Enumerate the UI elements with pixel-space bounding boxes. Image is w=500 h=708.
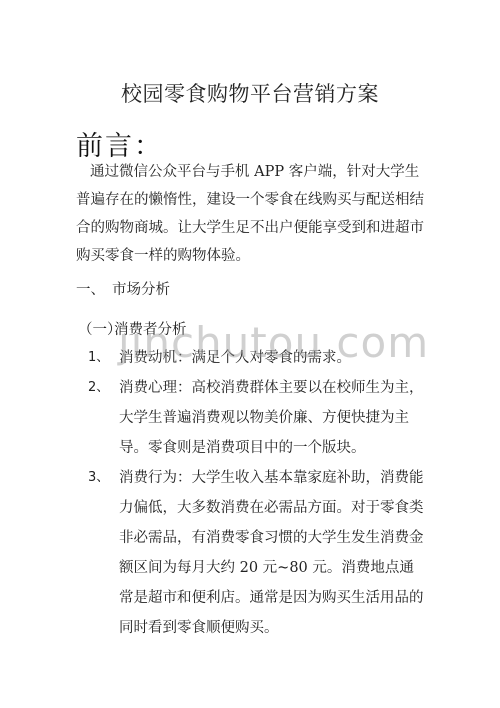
list-item-number: 3、: [88, 463, 109, 493]
document-page: 校园零食购物平台营销方案 前言： 通过微信公众平台与手机 APP 客户端，针对大…: [0, 0, 500, 708]
list-item-number: 1、: [88, 343, 109, 373]
subsection-number: （一）: [78, 318, 114, 339]
list-item-consumer-motive: 1、 消费动机：满足个人对零食的需求。: [88, 343, 428, 373]
section-title: 市场分析: [112, 282, 170, 298]
section-number: 一、: [76, 278, 112, 299]
subsection-title: 消费者分析: [114, 322, 187, 338]
preface-paragraph-text: 通过微信公众平台与手机 APP 客户端，针对大学生普遍存在的懒惰性，建设一个零食…: [76, 164, 424, 264]
list-item-text: 消费动机：满足个人对零食的需求。: [119, 343, 428, 373]
list-item-number: 2、: [88, 373, 109, 403]
section-heading-market-analysis: 一、市场分析: [76, 278, 170, 299]
list-item-consumer-behavior: 3、 消费行为：大学生收入基本靠家庭补助，消费能力偏低，大多数消费在必需品方面。…: [88, 463, 428, 643]
document-title: 校园零食购物平台营销方案: [0, 78, 500, 108]
list-item-consumer-psychology: 2、 消费心理：高校消费群体主要以在校师生为主，大学生普遍消费观以物美价廉、方便…: [88, 373, 428, 463]
subsection-heading-consumer-analysis: （一）消费者分析: [78, 318, 187, 339]
list-item-text: 消费行为：大学生收入基本靠家庭补助，消费能力偏低，大多数消费在必需品方面。对于零…: [119, 463, 428, 643]
preface-paragraph: 通过微信公众平台与手机 APP 客户端，针对大学生普遍存在的懒惰性，建设一个零食…: [76, 158, 426, 270]
list-item-text: 消费心理：高校消费群体主要以在校师生为主，大学生普遍消费观以物美价廉、方便快捷为…: [119, 373, 428, 463]
